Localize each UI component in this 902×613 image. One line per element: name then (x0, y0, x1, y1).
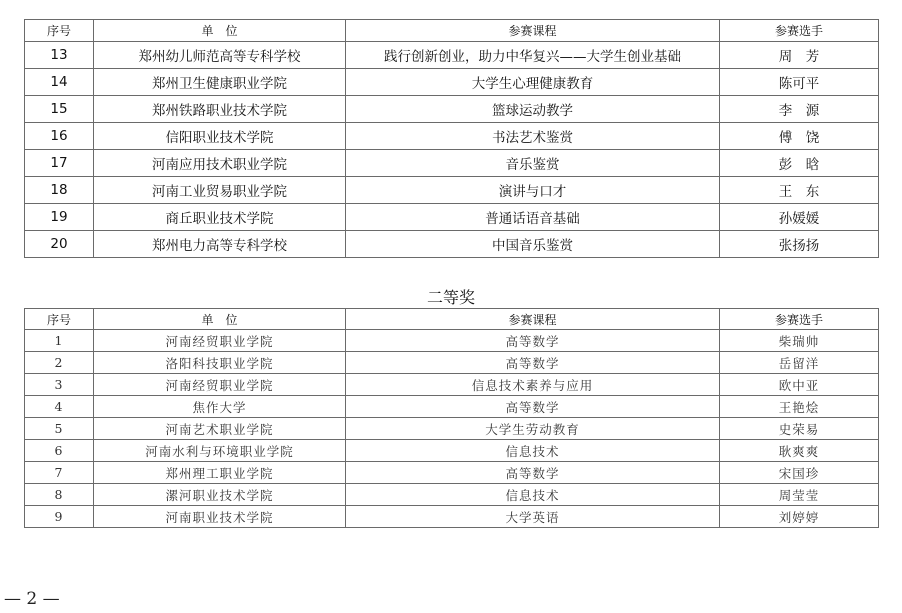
cell-player: 史荣易 (720, 418, 879, 440)
cell-player: 耿爽爽 (720, 440, 879, 462)
table-row: 18河南工业贸易职业学院演讲与口才王 东 (25, 177, 879, 204)
cell-unit: 河南艺术职业学院 (94, 418, 346, 440)
cell-unit: 河南工业贸易职业学院 (94, 177, 346, 204)
cell-unit: 信阳职业技术学院 (94, 123, 346, 150)
cell-player: 傅 饶 (720, 123, 879, 150)
table-row: 8漯河职业技术学院信息技术周莹莹 (25, 484, 879, 506)
header-player: 参赛选手 (720, 309, 879, 330)
section-title-second-prize: 二等奖 (0, 285, 902, 308)
cell-no: 14 (25, 69, 94, 96)
cell-player: 王 东 (720, 177, 879, 204)
table-row: 4焦作大学高等数学王艳烩 (25, 396, 879, 418)
table-row: 20郑州电力高等专科学校中国音乐鉴赏张扬扬 (25, 231, 879, 258)
cell-player: 周 芳 (720, 42, 879, 69)
table-row: 17河南应用技术职业学院音乐鉴赏彭 晗 (25, 150, 879, 177)
cell-course: 演讲与口才 (346, 177, 720, 204)
table-header-row: 序号 单 位 参赛课程 参赛选手 (25, 20, 879, 42)
table-row: 1河南经贸职业学院高等数学柴瑞帅 (25, 330, 879, 352)
header-unit: 单 位 (94, 309, 346, 330)
cell-unit: 郑州理工职业学院 (94, 462, 346, 484)
cell-player: 彭 晗 (720, 150, 879, 177)
page-number: — 2 — (4, 589, 60, 609)
cell-course: 书法艺术鉴赏 (346, 123, 720, 150)
cell-no: 8 (25, 484, 94, 506)
cell-player: 王艳烩 (720, 396, 879, 418)
first-prize-continued-table: 序号 单 位 参赛课程 参赛选手 13郑州幼儿师范高等专科学校践行创新创业，助力… (24, 19, 879, 258)
cell-unit: 焦作大学 (94, 396, 346, 418)
cell-no: 9 (25, 506, 94, 528)
table-row: 2洛阳科技职业学院高等数学岳留洋 (25, 352, 879, 374)
cell-no: 17 (25, 150, 94, 177)
table-row: 3河南经贸职业学院信息技术素养与应用欧中亚 (25, 374, 879, 396)
table-row: 14郑州卫生健康职业学院大学生心理健康教育陈可平 (25, 69, 879, 96)
cell-player: 陈可平 (720, 69, 879, 96)
cell-course: 高等数学 (346, 330, 720, 352)
cell-no: 7 (25, 462, 94, 484)
cell-unit: 河南职业技术学院 (94, 506, 346, 528)
cell-unit: 河南应用技术职业学院 (94, 150, 346, 177)
cell-player: 孙媛媛 (720, 204, 879, 231)
table-row: 19商丘职业技术学院普通话语音基础孙媛媛 (25, 204, 879, 231)
cell-course: 篮球运动教学 (346, 96, 720, 123)
cell-unit: 洛阳科技职业学院 (94, 352, 346, 374)
cell-player: 柴瑞帅 (720, 330, 879, 352)
table-row: 16信阳职业技术学院书法艺术鉴赏傅 饶 (25, 123, 879, 150)
header-course: 参赛课程 (346, 309, 720, 330)
cell-no: 2 (25, 352, 94, 374)
cell-course: 信息技术 (346, 440, 720, 462)
table-row: 6河南水利与环境职业学院信息技术耿爽爽 (25, 440, 879, 462)
header-course: 参赛课程 (346, 20, 720, 42)
cell-no: 1 (25, 330, 94, 352)
cell-course: 中国音乐鉴赏 (346, 231, 720, 258)
cell-course: 践行创新创业，助力中华复兴——大学生创业基础 (346, 42, 720, 69)
cell-no: 16 (25, 123, 94, 150)
cell-course: 信息技术素养与应用 (346, 374, 720, 396)
table-header-row: 序号 单 位 参赛课程 参赛选手 (25, 309, 879, 330)
cell-player: 张扬扬 (720, 231, 879, 258)
cell-player: 宋国珍 (720, 462, 879, 484)
cell-no: 13 (25, 42, 94, 69)
cell-unit: 郑州卫生健康职业学院 (94, 69, 346, 96)
cell-course: 信息技术 (346, 484, 720, 506)
cell-no: 5 (25, 418, 94, 440)
cell-player: 刘婷婷 (720, 506, 879, 528)
cell-unit: 河南水利与环境职业学院 (94, 440, 346, 462)
cell-course: 大学生劳动教育 (346, 418, 720, 440)
second-prize-table: 序号 单 位 参赛课程 参赛选手 1河南经贸职业学院高等数学柴瑞帅 2洛阳科技职… (24, 308, 879, 528)
table-row: 7郑州理工职业学院高等数学宋国珍 (25, 462, 879, 484)
cell-no: 20 (25, 231, 94, 258)
cell-no: 3 (25, 374, 94, 396)
header-no: 序号 (25, 309, 94, 330)
table-row: 13郑州幼儿师范高等专科学校践行创新创业，助力中华复兴——大学生创业基础周 芳 (25, 42, 879, 69)
cell-course: 高等数学 (346, 396, 720, 418)
cell-unit: 河南经贸职业学院 (94, 330, 346, 352)
cell-unit: 商丘职业技术学院 (94, 204, 346, 231)
cell-no: 18 (25, 177, 94, 204)
cell-player: 岳留洋 (720, 352, 879, 374)
cell-no: 4 (25, 396, 94, 418)
cell-course: 高等数学 (346, 462, 720, 484)
table-row: 5河南艺术职业学院大学生劳动教育史荣易 (25, 418, 879, 440)
cell-no: 19 (25, 204, 94, 231)
cell-unit: 郑州铁路职业技术学院 (94, 96, 346, 123)
cell-player: 欧中亚 (720, 374, 879, 396)
table-row: 15郑州铁路职业技术学院篮球运动教学李 源 (25, 96, 879, 123)
header-unit: 单 位 (94, 20, 346, 42)
cell-course: 高等数学 (346, 352, 720, 374)
cell-unit: 漯河职业技术学院 (94, 484, 346, 506)
header-no: 序号 (25, 20, 94, 42)
cell-course: 大学生心理健康教育 (346, 69, 720, 96)
cell-player: 李 源 (720, 96, 879, 123)
cell-unit: 河南经贸职业学院 (94, 374, 346, 396)
cell-unit: 郑州幼儿师范高等专科学校 (94, 42, 346, 69)
cell-course: 大学英语 (346, 506, 720, 528)
header-player: 参赛选手 (720, 20, 879, 42)
cell-unit: 郑州电力高等专科学校 (94, 231, 346, 258)
cell-course: 普通话语音基础 (346, 204, 720, 231)
cell-player: 周莹莹 (720, 484, 879, 506)
cell-no: 15 (25, 96, 94, 123)
cell-no: 6 (25, 440, 94, 462)
cell-course: 音乐鉴赏 (346, 150, 720, 177)
table-row: 9河南职业技术学院大学英语刘婷婷 (25, 506, 879, 528)
